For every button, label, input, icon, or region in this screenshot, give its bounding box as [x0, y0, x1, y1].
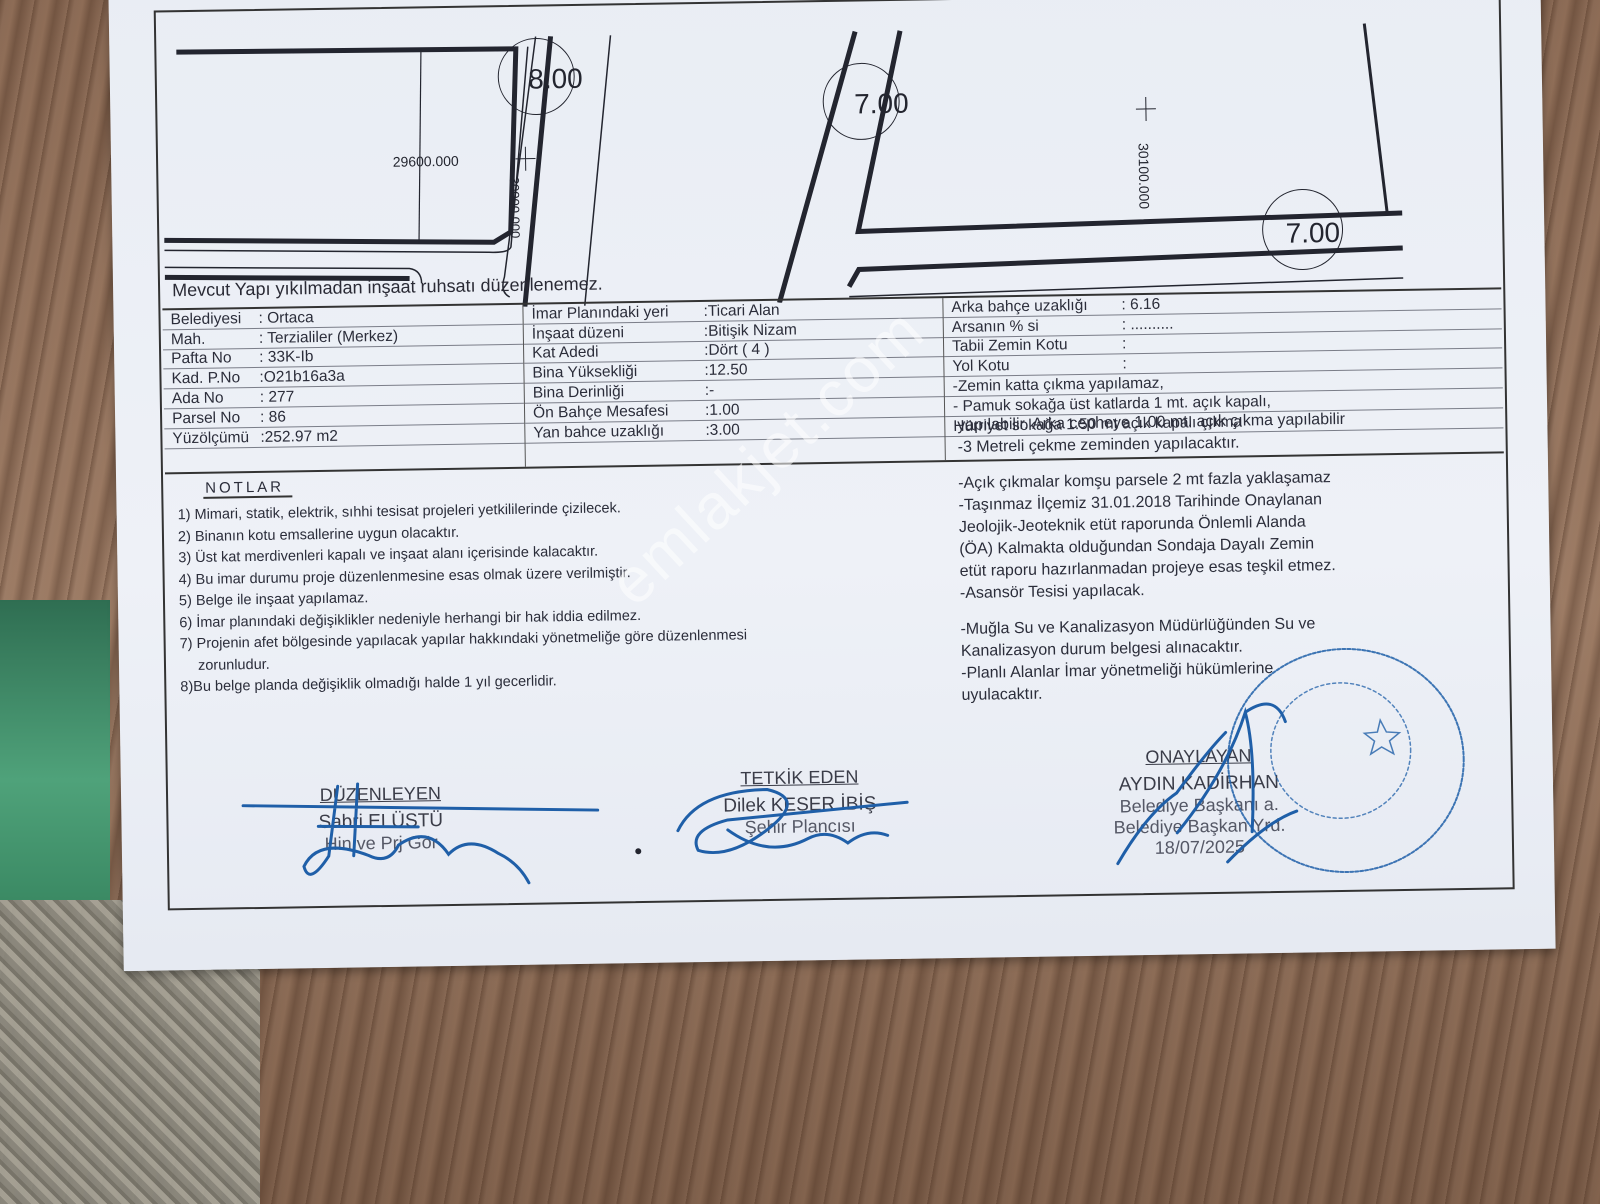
signatory-title: Belediye Başkan Yrd.: [1114, 815, 1286, 839]
signatory-title: Şehir Plancısı: [723, 815, 876, 838]
signatory-title: Belediye Başkanı a.: [1113, 794, 1285, 818]
info-row: Yüzölçümü:252.97 m2: [164, 424, 524, 449]
signature-role: DÜZENLEYEN: [318, 783, 443, 806]
approval-date: 18/07/2025: [1114, 836, 1286, 860]
signature-role: ONAYLAYAN: [1112, 745, 1284, 769]
signature-role: TETKİK EDEN: [723, 766, 876, 789]
coordinate-label: 29600.000: [393, 153, 459, 170]
extra-notes: yapılabilir. Arka cepheye 1.00 mt. açık …: [957, 407, 1442, 707]
document-frame: 8.00 7.00 7.00 29600.000 30000.000 30100…: [154, 0, 1515, 910]
signatory-name: AYDIN KADİRHAN: [1113, 772, 1285, 797]
parcel-info-column: Belediyesi: Ortaca Mah.: Terzialiler (Me…: [162, 305, 525, 473]
site-plan-drawing: 8.00 7.00 7.00 29600.000 30000.000 30100…: [156, 0, 1504, 312]
road-width-label: 7.00: [854, 88, 909, 120]
site-plan-map: 8.00 7.00 7.00 29600.000 30000.000 30100…: [156, 0, 1504, 312]
coordinate-label: 30100.000: [1135, 143, 1152, 210]
signature-block-preparer: DÜZENLEYEN Sabri ELÜSTÜ Hin ve Prj Gör: [318, 783, 444, 855]
notes-section: NOTLAR 1) Mimari, statik, elektrik, sıhh…: [177, 469, 920, 699]
signatory-name: Sabri ELÜSTÜ: [318, 810, 443, 834]
road-width-label: 8.00: [528, 63, 583, 95]
signatory-title: Hin ve Prj Gör: [319, 832, 444, 855]
zoning-document: 8.00 7.00 7.00 29600.000 30000.000 30100…: [108, 0, 1556, 971]
signature-block-approver: ONAYLAYAN AYDIN KADİRHAN Belediye Başkan…: [1112, 745, 1286, 860]
notes-title: NOTLAR: [203, 478, 292, 498]
signatory-name: Dilek KESER İBİŞ: [723, 793, 876, 817]
background-green-object: [0, 600, 110, 900]
signature-block-reviewer: TETKİK EDEN Dilek KESER İBİŞ Şehir Planc…: [723, 766, 877, 838]
coordinate-label: 30000.000: [507, 177, 523, 239]
road-width-label: 7.00: [1285, 217, 1340, 249]
